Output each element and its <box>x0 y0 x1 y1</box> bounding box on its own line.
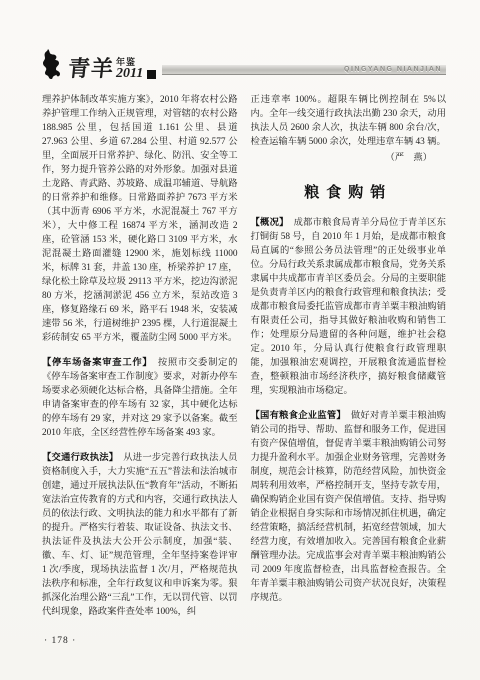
entry-state-grain-enterprise: 【国有粮食企业监管】 做好对青羊粟丰粮油购销公司的指导、帮助、监督和服务工作，促… <box>251 408 447 605</box>
paragraph-text: 正违章率 100%。超限车辆比例控制在 5%以内。全年一线交通行政执法出勤 23… <box>251 95 447 147</box>
entry-text: 按照市交委制定的《停车场备案审查工作制度》要求，对新办停车场要求必须硬化达标合格… <box>42 358 238 438</box>
yearbook-page: 青羊 年鉴 2011 QINGYANG NIANJIAN 理养护体制改革实施方案… <box>0 0 480 680</box>
entry-tag: 【停车场备案审查工作】 <box>42 357 148 367</box>
entry-overview: 【概况】 成都市粮食局青羊分局位于青羊区东打铜街 58 号，自 2010 年 1… <box>251 215 447 398</box>
entry-text: 从进一步完善行政执法人员资格制度入手，大力实施“五五”普法和法治城市创建，通过开… <box>42 453 238 617</box>
banner-text: QINGYANG NIANJIAN <box>344 66 442 73</box>
entry-tag: 【国有粮食企业监管】 <box>251 410 342 420</box>
right-column: 正违章率 100%。超限车辆比例控制在 5%以内。全年一线交通行政执法出勤 23… <box>251 93 447 619</box>
entry-text: 成都市粮食局青羊分局位于青羊区东打铜街 58 号，自 2010 年 1 月始，是… <box>251 218 447 396</box>
entry-text: 做好对青羊粟丰粮油购销公司的指导、帮助、监督和服务工作，促进国有资产保值增值，督… <box>251 411 447 603</box>
logo-title: 青羊 <box>67 58 115 80</box>
author-byline: （严 燕） <box>251 151 433 165</box>
entry-traffic-enforcement: 【交通行政执法】 从进一步完善行政执法人员资格制度入手，大力实施“五五”普法和法… <box>42 450 238 619</box>
paragraph-text: 理养护体制改革实施方案》，2010 年将农村公路养护管理工作纳入正规管理，对管辖… <box>42 95 238 343</box>
left-column: 理养护体制改革实施方案》，2010 年将农村公路养护管理工作纳入正规管理，对管辖… <box>42 93 238 619</box>
entry-tag: 【概况】 <box>251 217 285 227</box>
header-banner-bar: QINGYANG NIANJIAN <box>162 65 446 75</box>
logo-square-mark <box>147 70 156 79</box>
paragraph-continuation: 正违章率 100%。超限车辆比例控制在 5%以内。全年一线交通行政执法出勤 23… <box>251 93 447 149</box>
goat-brush-icon <box>42 48 66 80</box>
page-number: · 178 · <box>44 636 76 646</box>
entry-parking-review: 【停车场备案审查工作】 按照市交委制定的《停车场备案审查工作制度》要求，对新办停… <box>42 355 238 440</box>
yearbook-logo: 青羊 年鉴 2011 <box>42 48 156 80</box>
logo-stack: 年鉴 2011 <box>116 58 143 80</box>
entry-tag: 【交通行政执法】 <box>42 452 114 462</box>
two-column-body: 理养护体制改革实施方案》，2010 年将农村公路养护管理工作纳入正规管理，对管辖… <box>42 93 446 619</box>
section-title-grain-trade: 粮食购销 <box>251 181 447 202</box>
paragraph-continuation: 理养护体制改革实施方案》，2010 年将农村公路养护管理工作纳入正规管理，对管辖… <box>42 93 238 345</box>
page-header: 青羊 年鉴 2011 QINGYANG NIANJIAN <box>42 46 446 80</box>
logo-year: 2011 <box>116 67 143 80</box>
